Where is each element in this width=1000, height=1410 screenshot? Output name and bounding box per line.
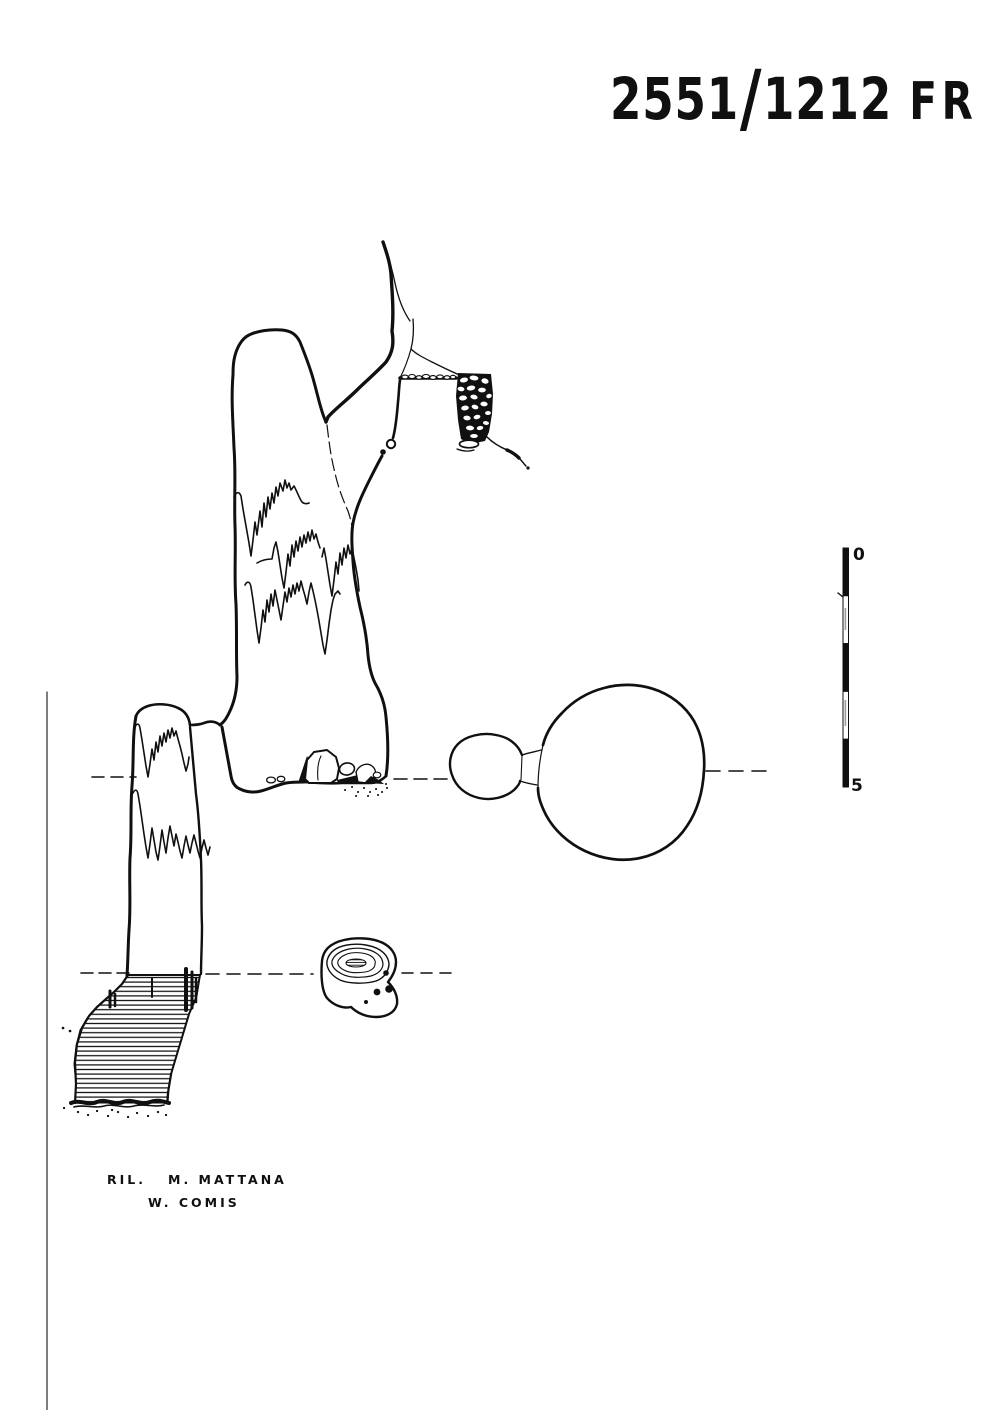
- saddle: [190, 722, 220, 725]
- main-shaft: [220, 330, 400, 796]
- stalactite-band-middle: [257, 530, 359, 596]
- side-lobe-outline: [450, 734, 522, 799]
- main-chamber-outline: [538, 685, 704, 860]
- survey-sheet: 2551/1212FR: [0, 0, 1000, 1410]
- side-shaft: [127, 704, 220, 976]
- entrance-funnel: [326, 242, 462, 422]
- main-shaft-right-wall-top: [393, 380, 400, 438]
- credits: RIL.M. MATTANA W. COMIS: [107, 1168, 287, 1214]
- inner-ledge-line: [327, 425, 352, 526]
- cobble-base-underline: [457, 449, 474, 451]
- scale-segment-3: [843, 644, 849, 692]
- boulder-2: [339, 762, 356, 776]
- scale-label-bottom: 5: [851, 776, 863, 796]
- funnel-right-wall-upper: [384, 245, 410, 321]
- floor-stone-1: [267, 777, 276, 783]
- wall-stone: [387, 440, 395, 448]
- big-boulder: [305, 750, 339, 783]
- main-chamber-neck-segment: [538, 745, 543, 788]
- sump-fill: [63, 969, 200, 1117]
- credits-surveyor-1: M. MATTANA: [168, 1172, 287, 1187]
- scale-label-top: 0: [853, 545, 865, 565]
- entrance-tail-thick: [507, 450, 519, 458]
- side-shaft-right-wall: [190, 727, 202, 974]
- sump-bottom-rubble: [71, 1101, 169, 1104]
- sump-side-dots: [63, 1028, 70, 1031]
- stalactite-band-upper: [234, 480, 309, 556]
- sump-bottom-rubble-2: [74, 1105, 164, 1107]
- credits-row-2: W. COMIS: [107, 1191, 287, 1214]
- scale-segment-1: [843, 548, 849, 596]
- floor-stone-2: [277, 776, 285, 781]
- floor-stipple: [345, 784, 387, 796]
- side-shaft-pillar-top: [136, 704, 190, 725]
- entrance-breakdown: [400, 373, 530, 470]
- plan-views: [322, 685, 705, 1017]
- wall-stone-dark: [380, 449, 386, 455]
- neck-top-line: [522, 750, 541, 755]
- stalactite-band-branch-upper: [135, 724, 189, 777]
- scale-tick: [838, 593, 843, 597]
- plan-view-side-lobe: [450, 734, 522, 799]
- side-shaft-left-wall: [127, 716, 136, 976]
- cobble-column-base-stone: [460, 440, 479, 448]
- lower-chamber-boulder-dots: [364, 970, 393, 1004]
- side-lobe-waist: [521, 756, 522, 780]
- funnel-inner-line: [400, 349, 411, 378]
- scale-bar: 0 5: [838, 545, 865, 796]
- scale-segment-5: [843, 739, 849, 787]
- scale-smudge-1: [845, 608, 847, 630]
- sump-stipple: [64, 1108, 166, 1117]
- neck-bottom-line: [520, 781, 537, 785]
- funnel-left-wall: [326, 242, 393, 422]
- scale-smudge-2: [845, 700, 847, 726]
- credits-surveyor-2: W. COMIS: [148, 1195, 240, 1210]
- main-shaft-lower-left: [222, 727, 304, 792]
- contour-core-hatched: [346, 959, 366, 967]
- rubble-stone: [373, 772, 381, 778]
- plan-view-lower-chamber: [322, 938, 398, 1017]
- level-lines: [81, 771, 768, 974]
- credits-prefix: RIL.: [107, 1172, 146, 1187]
- funnel-right-wall-lower: [411, 319, 462, 376]
- cave-cross-section: [63, 242, 530, 1117]
- stalactite-band-lower: [245, 581, 340, 654]
- main-shaft-left-wall: [220, 330, 326, 725]
- plan-view-main-chamber: [520, 685, 704, 860]
- boulder-pile: [267, 750, 388, 796]
- entrance-tail-dot: [526, 466, 529, 469]
- credits-row-1: RIL.M. MATTANA: [107, 1168, 287, 1191]
- main-shaft-right-wall: [352, 456, 388, 776]
